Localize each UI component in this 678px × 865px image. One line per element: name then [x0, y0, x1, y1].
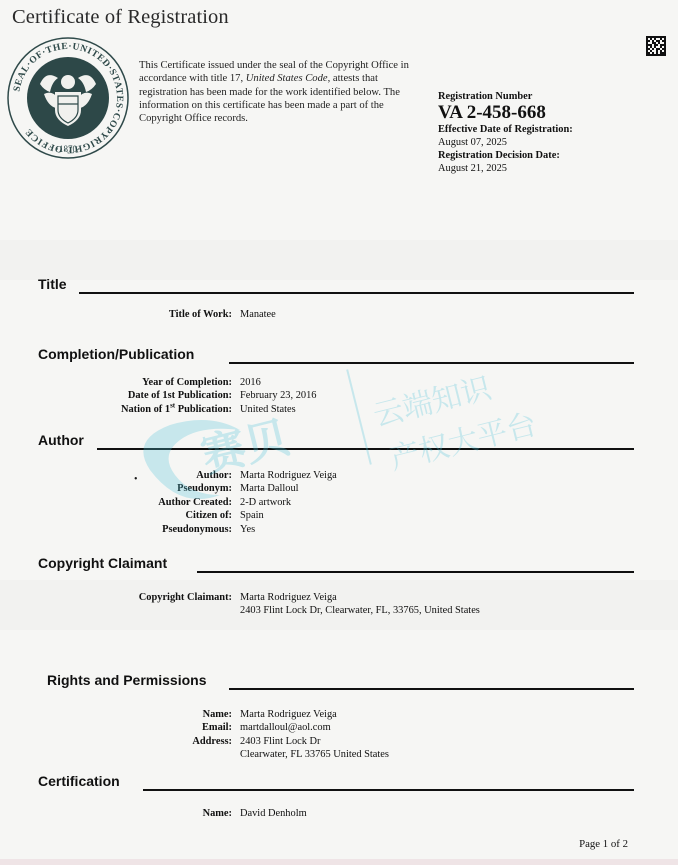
- field-value: Manatee: [240, 308, 276, 321]
- field-label: Email:: [170, 721, 240, 734]
- field-row: Year of Completion: 2016: [101, 376, 316, 389]
- field-label: Author:: [141, 469, 240, 482]
- completion-fields: Year of Completion: 2016 Date of 1st Pub…: [101, 376, 316, 416]
- field-value: Marta Rodriguez Veiga: [240, 469, 337, 482]
- section-heading-title: Title: [38, 276, 67, 292]
- field-row: Pseudonymous: Yes: [141, 523, 337, 536]
- section-rule: [229, 688, 634, 690]
- field-row: Nation of 1st Publication: United States: [101, 403, 316, 416]
- field-row: Pseudonym: Marta Dalloul: [141, 482, 337, 495]
- field-value: David Denholm: [240, 807, 307, 820]
- field-label: Title of Work:: [150, 308, 240, 321]
- svg-text:云端知识: 云端知识: [370, 371, 496, 434]
- title-fields: Title of Work: Manatee: [150, 308, 276, 321]
- decision-date: August 21, 2025: [438, 162, 573, 175]
- field-row: Address: 2403 Flint Lock Dr Clearwater, …: [170, 735, 389, 762]
- section-rule: [229, 362, 634, 364]
- section-heading-claimant: Copyright Claimant: [38, 555, 167, 571]
- section-rule: [143, 789, 634, 791]
- field-label: Pseudonym:: [141, 482, 240, 495]
- field-row: Email: martdalloul@aol.com: [170, 721, 389, 734]
- field-value: February 23, 2016: [240, 389, 316, 402]
- field-value: 2016: [240, 376, 261, 389]
- certificate-page: Certificate of Registration SEAL·OF·THE·…: [0, 0, 678, 865]
- certification-fields: Name: David Denholm: [170, 807, 307, 820]
- field-value: Marta Rodriguez Veiga: [240, 708, 337, 721]
- field-row: Date of 1st Publication: February 23, 20…: [101, 389, 316, 402]
- registration-number: VA 2-458-668: [438, 103, 573, 123]
- svg-text:·1870·: ·1870·: [56, 144, 80, 154]
- author-fields: Author: Marta Rodriguez Veiga Pseudonym:…: [141, 469, 337, 536]
- claimant-fields: Copyright Claimant: Marta Rodriguez Veig…: [113, 591, 480, 618]
- section-rule: [197, 571, 634, 573]
- certificate-statement: This Certificate issued under the seal o…: [139, 59, 419, 125]
- author-bullet: •: [134, 474, 138, 485]
- field-label: Nation of 1st Publication:: [101, 403, 240, 416]
- field-row: Citizen of: Spain: [141, 509, 337, 522]
- svg-text:产权大平台: 产权大平台: [386, 407, 540, 477]
- section-heading-author: Author: [38, 432, 84, 448]
- field-row: Author: Marta Rodriguez Veiga: [141, 469, 337, 482]
- decision-date-label: Registration Decision Date:: [438, 149, 573, 162]
- section-rule: [97, 448, 634, 450]
- effective-date-label: Effective Date of Registration:: [438, 123, 573, 136]
- field-value: Marta Rodriguez Veiga 2403 Flint Lock Dr…: [240, 591, 480, 618]
- field-label: Name:: [170, 807, 240, 820]
- field-label: Name:: [170, 708, 240, 721]
- field-row: Copyright Claimant: Marta Rodriguez Veig…: [113, 591, 480, 618]
- datamatrix-code-icon: [646, 36, 666, 56]
- field-label: Copyright Claimant:: [113, 591, 240, 618]
- registration-block: Registration Number VA 2-458-668 Effecti…: [438, 90, 573, 175]
- field-value: Yes: [240, 523, 255, 536]
- field-label: Citizen of:: [141, 509, 240, 522]
- effective-date: August 07, 2025: [438, 136, 573, 149]
- scan-edge: [0, 859, 678, 865]
- section-heading-rights: Rights and Permissions: [47, 672, 206, 688]
- section-heading-completion: Completion/Publication: [38, 346, 194, 362]
- field-value: Marta Dalloul: [240, 482, 299, 495]
- field-row: Author Created: 2-D artwork: [141, 496, 337, 509]
- field-value: 2403 Flint Lock Dr Clearwater, FL 33765 …: [240, 735, 389, 762]
- field-label: Pseudonymous:: [141, 523, 240, 536]
- email-value: martdalloul@aol.com: [240, 721, 331, 734]
- field-row: Title of Work: Manatee: [150, 308, 276, 321]
- document-title: Certificate of Registration: [12, 6, 229, 29]
- field-label: Year of Completion:: [101, 376, 240, 389]
- field-row: Name: Marta Rodriguez Veiga: [170, 708, 389, 721]
- rights-fields: Name: Marta Rodriguez Veiga Email: martd…: [170, 708, 389, 762]
- copyright-office-seal-icon: SEAL·OF·THE·UNITED·STATES·COPYRIGHT·OFFI…: [6, 36, 130, 160]
- section-rule: [79, 292, 634, 294]
- field-value: Spain: [240, 509, 264, 522]
- field-label: Author Created:: [141, 496, 240, 509]
- field-label: Address:: [170, 735, 240, 762]
- field-value: 2-D artwork: [240, 496, 291, 509]
- scan-shading: [0, 240, 678, 280]
- page-indicator: Page 1 of 2: [579, 838, 628, 850]
- field-value: United States: [240, 403, 296, 416]
- field-row: Name: David Denholm: [170, 807, 307, 820]
- section-heading-certification: Certification: [38, 773, 120, 789]
